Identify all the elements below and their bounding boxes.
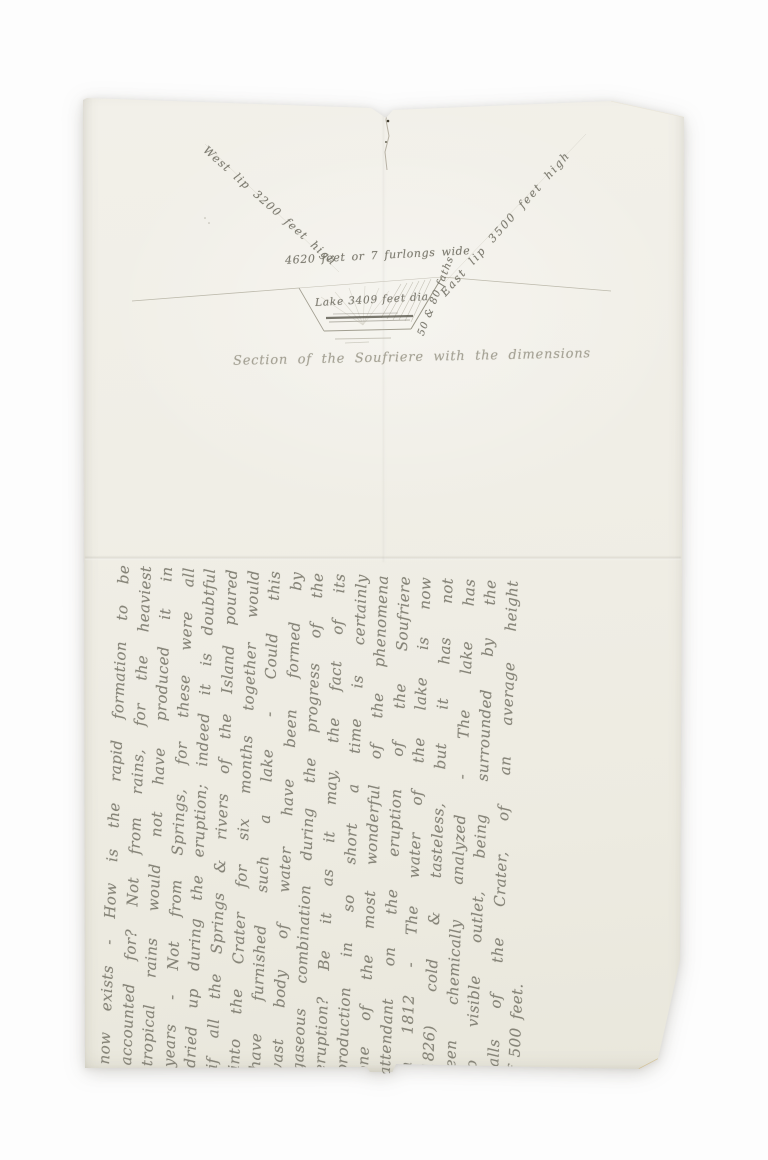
lake-shading	[326, 313, 413, 343]
photo-canvas: West lip 3200 feet high East lip 3500 fe…	[0, 0, 768, 1160]
paper-sheet: West lip 3200 feet high East lip 3500 fe…	[83, 92, 685, 1072]
lake-label: Lake 3409 feet dia	[315, 291, 429, 309]
east-lip-label: East lip 3500 feet high	[438, 149, 573, 299]
horizontal-fold-crease	[85, 556, 681, 560]
vertical-fold-crease	[383, 114, 385, 562]
manuscript-rotated-inner: now exists - How is the rapid formation …	[94, 564, 546, 1081]
sketch-caption: Section of the Soufriere with the dimens…	[233, 346, 591, 368]
corner-edge-tint	[611, 101, 684, 1069]
manuscript-text-block: now exists - How is the rapid formation …	[94, 564, 546, 1081]
west-lip-label: West lip 3200 feet high	[201, 144, 340, 269]
paper-shadow-wrap: West lip 3200 feet high East lip 3500 fe…	[0, 0, 768, 1160]
paper-tear	[385, 106, 389, 170]
pencil-dots	[204, 217, 210, 224]
